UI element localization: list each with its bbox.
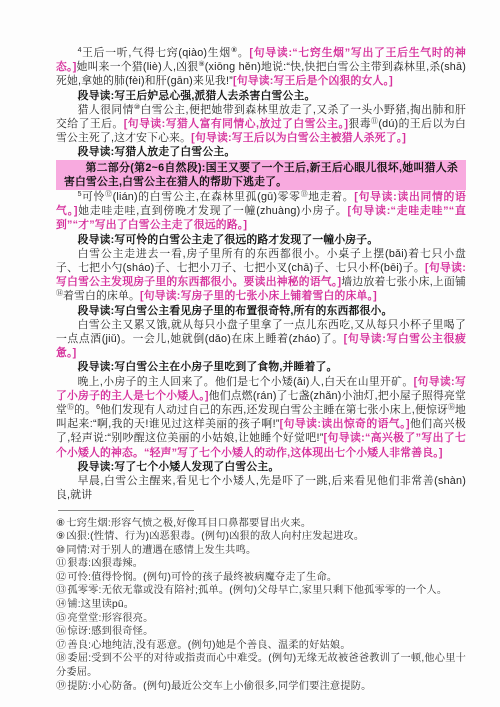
footnote-text: 提防:小心防备。(例句)最近公交车上小偷很多,同学们要注意提防。 — [67, 681, 371, 692]
body-paragraph: 早晨,白雪公主醒来,看见七个小矮人,先是吓了一跳,后来看见他们非常善(shàn)… — [56, 474, 466, 502]
footnote-item: ⑲提防:小心防备。(例句)最近公交车上小偷很多,同学们要注意提防。 — [56, 680, 466, 694]
footnote-marker: ⑬ — [56, 585, 66, 596]
paragraph-guide-note: 段导读:写可怜的白雪公主走了很远的路才发现了一幢小房子。 — [56, 233, 466, 247]
sentence-guide-annotation: [句导读:写王后是个凶狠的女人。] — [233, 75, 393, 87]
footnote-item: ⑧七窍生烟:形容气愤之极,好像耳目口鼻都要冒出火来。 — [56, 517, 466, 531]
footnote-marker: ⑮ — [56, 613, 66, 624]
footnote-marker: ⑰ — [56, 640, 66, 651]
footnote-text: 惊讶:感到很奇怪。 — [67, 626, 153, 637]
body-text-segment: (lián)的白雪公主,在森林里孤(gū)零零 — [113, 191, 301, 203]
body-text-segment: 。 — [238, 47, 250, 59]
footnote-text: 七窍生烟:形容气愤之极,好像耳目口鼻都要冒出火来。 — [66, 518, 311, 529]
footnote-ref-sup: ⑧ — [231, 47, 238, 54]
footnote-marker: ⑫ — [56, 572, 66, 583]
footnote-item: ⑩同情:对于别人的遭遇在感情上发生共鸣。 — [56, 544, 466, 558]
paragraph-guide-note: 段导读:写白雪公主在小房子里吃到了食物,并睡着了。 — [56, 360, 466, 374]
footnote-ref-sup: ⑭ — [56, 290, 63, 297]
footnote-text: 亮堂堂:形容很亮。 — [67, 613, 153, 624]
body-text-segment: 狠毒 — [348, 118, 371, 130]
body-text-segment: 白雪公主走进去一看,房子里所有的东西都很小。小桌子上摆(bǎi)着七只小盘子、七… — [56, 248, 466, 274]
sentence-guide-annotation: [句导读:写王后以为白雪公主被猎人杀死了。] — [191, 132, 406, 144]
body-text-segment: 晚上,小房子的主人回来了。他们是七个小矮(ǎi)人,白天在山里开矿。 — [78, 376, 414, 388]
body-text-segment: 猎人很同情 — [78, 104, 134, 116]
footnote-marker: ⑯ — [56, 626, 66, 637]
body-text-segment: 地走着。 — [308, 191, 354, 203]
footnote-ref-sup: ⑫ — [105, 191, 113, 198]
footnote-item: ⑰善良:心地纯洁,没有恶意。(例句)她是个善良、温柔的好姑娘。 — [56, 639, 466, 653]
body-text-segment: 他们发现有人动过自己的东西,还发现白雪公主睡在第七张小床上,便惊讶 — [100, 404, 448, 416]
body-text-segment: 王后一听,气得七窍(qiào)生烟 — [82, 47, 231, 59]
body-paragraph: 5可怜⑫(lián)的白雪公主,在森林里孤(gū)零零⑬地走着。[句导读:读出同… — [56, 190, 466, 233]
paragraph-guide-note: 段导读:写白雪公主看见房子里的布置很奇特,所有的东西都很小。 — [56, 304, 466, 318]
body-paragraph: 晚上,小房子的主人回来了。他们是七个小矮(ǎi)人,白天在山里开矿。[句导读:写… — [56, 375, 466, 460]
body-text-segment: 早晨,白雪公主醒来,看见七个小矮人,先是吓了一跳,后来看见他们非常善(shàn)… — [56, 475, 466, 501]
footnote-text: 可怜:值得怜悯。(例句)可怜的孩子最终被病魔夺走了生命。 — [67, 572, 337, 583]
footnote-item: ⑭铺:这里读pū。 — [56, 598, 466, 612]
footnote-item: ⑨凶狠:(性情、行为)凶恶狠毒。(例句)凶狠的敌人向村庄发起进攻。 — [56, 530, 466, 544]
footnote-item: ⑪狠毒:凶狠毒辣。 — [56, 557, 466, 571]
body-text-segment: 墙边放着七张小床,上面铺 — [341, 276, 466, 288]
footnote-marker: ⑧ — [56, 518, 65, 529]
body-paragraph: 猎人很同情⑩白雪公主,便把她带到森林里放走了,又杀了一头小野猪,掏出肺和肝交给了… — [56, 103, 466, 146]
footnote-divider — [58, 510, 194, 511]
body-paragraph: 白雪公主走进去一看,房子里所有的东西都很小。小桌子上摆(bǎi)着七只小盘子、七… — [56, 247, 466, 304]
footnote-marker: ⑱ — [56, 653, 66, 664]
footnote-item: ⑫可怜:值得怜悯。(例句)可怜的孩子最终被病魔夺走了生命。 — [56, 571, 466, 585]
footnote-marker: ⑨ — [56, 531, 65, 542]
sentence-guide-annotation: [句导读:写猎人富有同情心,放过了白雪公主。] — [124, 118, 348, 130]
lesson-text: 4王后一听,气得七窍(qiào)生烟⑧。[句导读:“七窍生烟”写出了王后生气时的… — [56, 46, 466, 503]
footnote-marker: ⑪ — [56, 558, 66, 569]
sentence-guide-annotation: [句导读:读出惊奇的语气。] — [280, 418, 410, 430]
footnote-text: 委屈:受到不公平的对待或指责而心中难受。(例句)无缘无故被爸爸教训了一顿,他心里… — [56, 653, 466, 678]
paragraph-guide-note: 段导读:写了七个小矮人发现了白雪公主。 — [56, 460, 466, 474]
body-text-segment: 的。 — [74, 404, 96, 416]
footnote-item: ⑮亮堂堂:形容很亮。 — [56, 612, 466, 626]
body-text-segment: 着雪白的床单。 — [63, 290, 140, 302]
footnote-marker: ⑭ — [56, 599, 66, 610]
footnote-text: 凶狠:(性情、行为)凶恶狠毒。(例句)凶狠的敌人向村庄发起进攻。 — [66, 531, 364, 542]
body-text-segment: 她走哇走哇,直到傍晚才发现了一幢(zhuàng)小房子。 — [78, 205, 348, 217]
footnote-text: 善良:心地纯洁,没有恶意。(例句)她是个善良、温柔的好姑娘。 — [67, 640, 350, 651]
footnote-marker: ⑲ — [56, 681, 66, 692]
footnote-text: 孤零零:无依无靠或没有陪衬;孤单。(例句)父母早亡,家里只剩下他孤零零的一个人。 — [67, 585, 447, 596]
body-text-segment: 可怜 — [82, 191, 106, 203]
body-paragraph: 4王后一听,气得七窍(qiào)生烟⑧。[句导读:“七窍生烟”写出了王后生气时的… — [56, 46, 466, 89]
footnote-text: 同情:对于别人的遭遇在感情上发生共鸣。 — [66, 545, 256, 556]
part-summary-highlight: 第二部分(第2~6自然段):国王又要了一个王后,新王后心眼儿很坏,她叫猎人杀害白… — [56, 160, 466, 190]
footnote-item: ⑯惊讶:感到很奇怪。 — [56, 625, 466, 639]
body-text-segment: 她叫来一个猎(liè)人,凶狠 — [77, 61, 199, 73]
footnote-ref-sup: ⑯ — [448, 404, 455, 411]
footnote-item: ⑬孤零零:无依无靠或没有陪衬;孤单。(例句)父母早亡,家里只剩下他孤零零的一个人… — [56, 584, 466, 598]
footnote-text: 铺:这里读pū。 — [67, 599, 134, 610]
body-paragraph: 白雪公主又累又饿,就从每只小盘子里拿了一点儿东西吃,又从每只小杯子里喝了一点点酒… — [56, 318, 466, 361]
footnote-text: 狠毒:凶狠毒辣。 — [67, 558, 143, 569]
paragraph-guide-note: 段导读:写猎人放走了白雪公主。 — [56, 145, 466, 159]
sentence-guide-annotation: [句导读:写房子里的七张小床上铺着雪白的床单。] — [140, 290, 377, 302]
footnote-ref-sup: ⑮ — [67, 404, 74, 411]
footnotes-list: ⑧七窍生烟:形容气愤之极,好像耳目口鼻都要冒出火来。⑨凶狠:(性情、行为)凶恶狠… — [56, 517, 466, 694]
paragraph-guide-note: 段导读:写王后妒忌心强,派猎人去杀害白雪公主。 — [56, 89, 466, 103]
footnote-marker: ⑩ — [56, 545, 65, 556]
textbook-page: 4王后一听,气得七窍(qiào)生烟⑧。[句导读:“七窍生烟”写出了王后生气时的… — [0, 0, 500, 707]
footnote-item: ⑱委屈:受到不公平的对待或指责而心中难受。(例句)无缘无故被爸爸教训了一顿,他心… — [56, 652, 466, 679]
